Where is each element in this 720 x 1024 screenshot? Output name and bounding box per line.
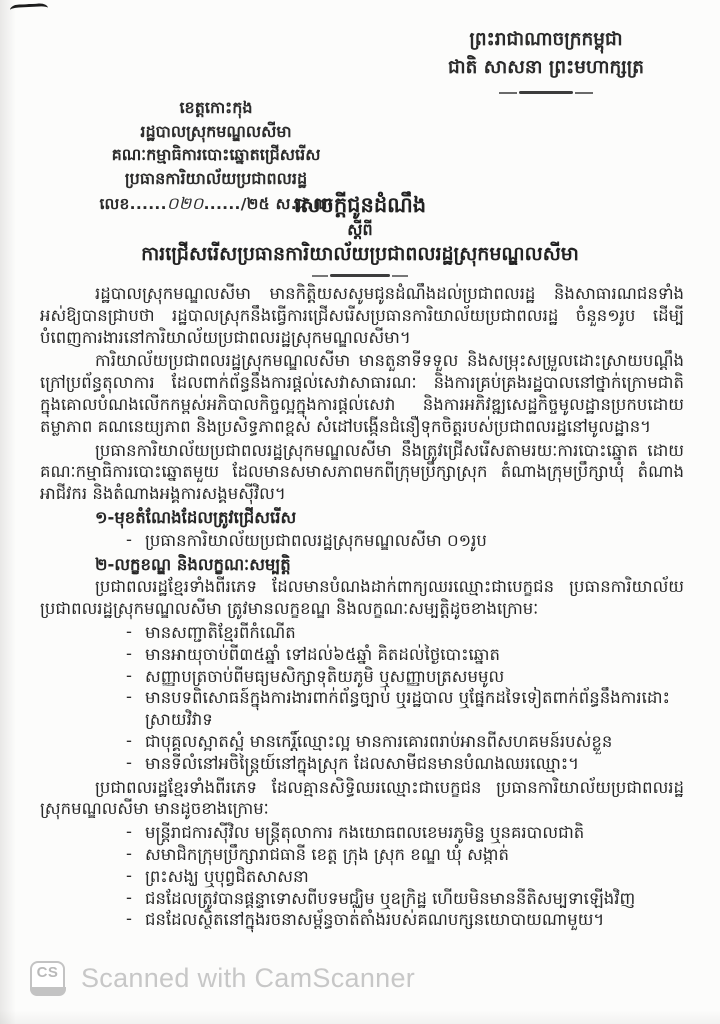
list-item: ជនដែលស្ថិតនៅក្នុងរចនាសម្ព័ន្ធចាត់តាំងរបស… (122, 909, 684, 931)
office-province: ខេត្តកោះកុង (55, 96, 377, 120)
list-item: មានអាយុចាប់ពី៣៥ឆ្នាំ ទៅដល់៦៥ឆ្នាំ គិតដល់… (122, 644, 684, 666)
cs-badge-label: CS (32, 964, 63, 981)
list-item: ជនដែលត្រូវបានផ្តន្ទាទោសពីបទមជ្ឈិម ឬឧក្រិ… (122, 888, 684, 910)
section-2-list-2: មន្ត្រីរាជការស៊ីវិល មន្ត្រីតុលាការ កងយោធ… (122, 822, 684, 931)
body-content: រដ្ឋបាលស្រុកមណ្ឌលសីមា មានកិត្តិយសសូមជូនដ… (40, 283, 684, 933)
list-item: មានបទពិសោធន៍ក្នុងការងារពាក់ព័ន្ធច្បាប់ ឬ… (122, 687, 684, 731)
list-item: ជាបុគ្គលស្អាតស្អំ មានកេរ្តិ៍ឈ្មោះល្អ មាន… (122, 731, 684, 753)
kingdom-line-1: ព្រះរាជាណាចក្រកម្ពុជា (388, 26, 704, 54)
kingdom-line-2: ជាតិ សាសនា ព្រះមហាក្សត្រ (388, 54, 704, 82)
list-item: ប្រធានការិយាល័យប្រជាពលរដ្ឋស្រុកមណ្ឌលសីមា… (122, 530, 684, 552)
kingdom-header: ព្រះរាជាណាចក្រកម្ពុជា ជាតិ សាសនា ព្រះមហា… (388, 26, 704, 94)
document-page: ព្រះរាជាណាចក្រកម្ពុជា ជាតិ សាសនា ព្រះមហា… (0, 0, 720, 1024)
scan-edge-shadow-bottom (0, 1010, 720, 1024)
section-2-intro-2: ប្រជាពលរដ្ឋខ្មែរទាំងពីរភេទ ដែលគ្មានសិទ្ធ… (40, 777, 684, 821)
list-item: ព្រះសង្ឃ ឬបុព្វជិតសាសនា (122, 866, 684, 888)
title-divider (330, 274, 390, 277)
section-1-heading: ១-មុខតំណែងដែលត្រូវជ្រើសរើស (95, 507, 684, 529)
section-1-list: ប្រធានការិយាល័យប្រជាពលរដ្ឋស្រុកមណ្ឌលសីមា… (122, 530, 684, 552)
watermark-text: Scanned with CamScanner (81, 963, 415, 994)
section-2-heading: ២-លក្ខខណ្ឌ និងលក្ខណៈសម្បត្តិ (95, 554, 684, 576)
office-office: ប្រធានការិយាល័យប្រជាពលរដ្ឋ (55, 167, 377, 191)
scan-edge-shadow (0, 0, 16, 1024)
title-line-2: ស្តីពី (0, 219, 720, 241)
office-administration: រដ្ឋបាលស្រុកមណ្ឌលសីមា (55, 120, 377, 144)
camscanner-watermark: CS Scanned with CamScanner (30, 958, 415, 998)
paragraph-2: ការិយាល័យប្រជាពលរដ្ឋស្រុកមណ្ឌលសីមា មានតួ… (40, 350, 684, 437)
list-item: មានទីលំនៅអចិន្ត្រៃយ៍នៅក្នុងស្រុក ដែលសាមី… (122, 753, 684, 775)
paragraph-3: ប្រធានការិយាល័យប្រជាពលរដ្ឋស្រុកមណ្ឌលសីមា… (40, 440, 684, 505)
office-committee: គណៈកម្មាធិការបោះឆ្នោតជ្រើសរើស (55, 143, 377, 167)
notice-title: សេចក្តីជូនដំណឹង ស្តីពី ការជ្រើសរើសប្រធាន… (0, 192, 720, 277)
list-item: មានសញ្ជាតិខ្មែរពីកំណើត (122, 622, 684, 644)
list-item: សមាជិកក្រុមប្រឹក្សារាជធានី ខេត្ត ក្រុង ស… (122, 844, 684, 866)
section-2-intro-1: ប្រជាពលរដ្ឋខ្មែរទាំងពីរភេទ ដែលមានបំណងដាក… (40, 576, 684, 620)
list-item: មន្ត្រីរាជការស៊ីវិល មន្ត្រីតុលាការ កងយោធ… (122, 822, 684, 844)
cs-badge-icon: CS (30, 961, 65, 996)
list-item: សញ្ញាបត្រចាប់ពីមធ្យមសិក្សាទុតិយភូមិ ឬសញ្… (122, 666, 684, 688)
section-2-list-1: មានសញ្ជាតិខ្មែរពីកំណើត មានអាយុចាប់ពី៣៥ឆ្… (122, 622, 684, 775)
title-line-1: សេចក្តីជូនដំណឹង (0, 192, 720, 219)
paragraph-1: រដ្ឋបាលស្រុកមណ្ឌលសីមា មានកិត្តិយសសូមជូនដ… (40, 283, 684, 348)
corner-pen-mark (10, 3, 48, 15)
title-line-3: ការជ្រើសរើសប្រធានការិយាល័យប្រជាពលរដ្ឋស្រ… (0, 241, 720, 267)
kingdom-divider (519, 91, 573, 94)
